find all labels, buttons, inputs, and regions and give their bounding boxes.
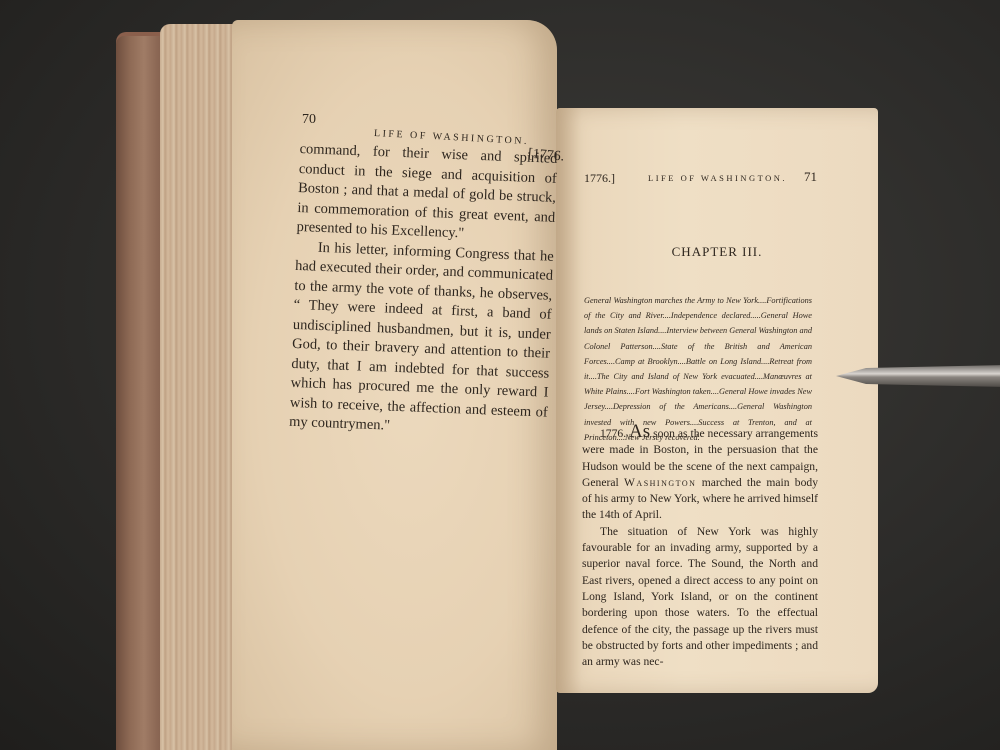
chapter-title: CHAPTER III. <box>556 244 878 260</box>
right-running-head: LIFE OF WASHINGTON. <box>648 173 787 183</box>
paragraph-year: 1776. <box>600 427 626 440</box>
right-paragraph-1: 1776. As soon as the necessary arrangeme… <box>582 424 818 524</box>
page-block-edges <box>160 24 236 750</box>
left-page-number: 70 <box>302 112 316 128</box>
right-paragraph-2: The situation of New York was highly fav… <box>582 524 818 671</box>
right-page-body: 1776. As soon as the necessary arrangeme… <box>582 424 818 670</box>
left-paragraph-2: In his letter, informing Congress that h… <box>289 237 554 442</box>
right-page-number: 71 <box>804 169 817 185</box>
left-paragraph-1: command, for their wise and spirited con… <box>296 140 558 247</box>
drop-cap: As <box>629 421 650 442</box>
letter-opener-pointer-icon <box>836 362 1000 390</box>
left-page-body: command, for their wise and spirited con… <box>289 140 558 442</box>
chapter-synopsis: General Washington marches the Army to N… <box>584 293 812 445</box>
right-year-marker: 1776.] <box>584 171 615 186</box>
book-photo: 70 LIFE OF WASHINGTON. [1776. command, f… <box>0 0 1000 750</box>
washington-name: Washington <box>624 476 696 489</box>
